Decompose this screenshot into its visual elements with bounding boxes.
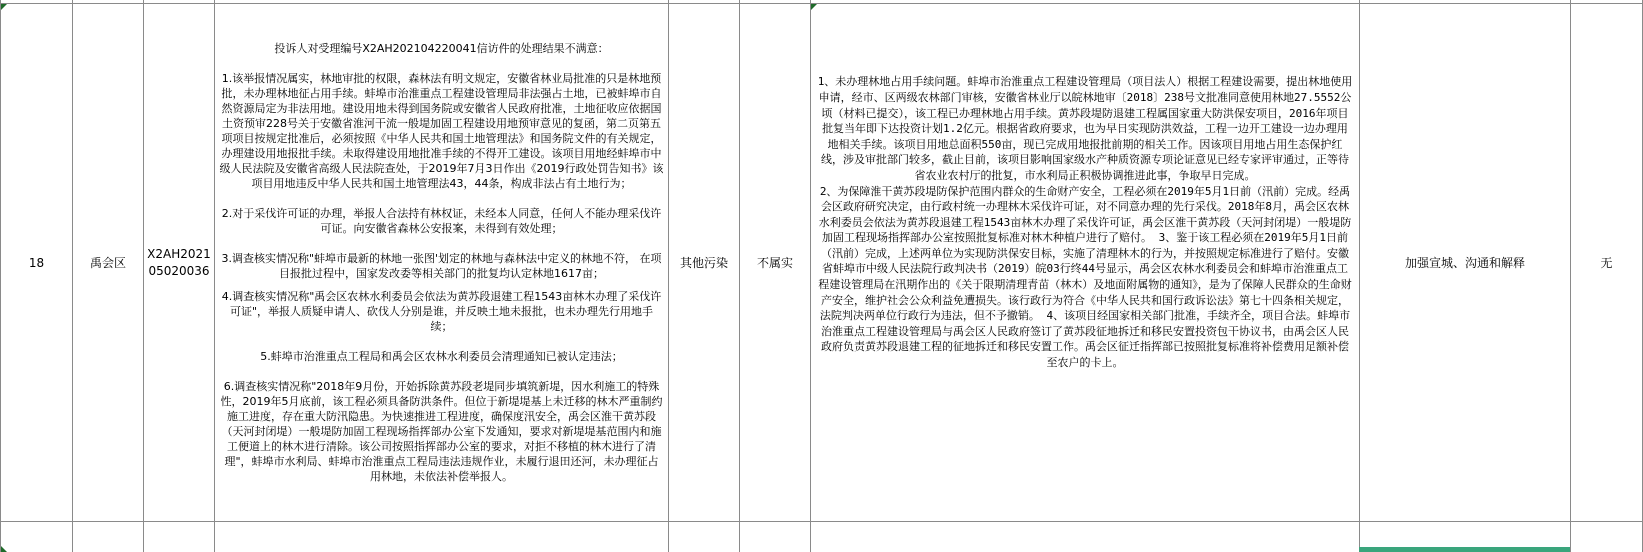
pollution-category: 其他污染 bbox=[680, 254, 728, 271]
complaint-item-4: 4.调查核实情况称"禹会区农林水利委员会依法为黄苏段退建工程1543亩林木办理了… bbox=[219, 289, 664, 334]
investigation-result-text: 1、未办理林地占用手续问题。蚌埠市治淮重点工程建设管理局（项目法人）根据工程建设… bbox=[811, 74, 1359, 370]
district-name: 禹会区 bbox=[90, 254, 126, 271]
complaint-item-6: 6.调查核实情况称"2018年9月份，开始拆除黄苏段老堤同步填筑新堤，因水利施工… bbox=[219, 379, 664, 484]
cell-accountability[interactable]: 无 bbox=[1571, 4, 1642, 521]
case-id: X2AH2021 05020036 bbox=[147, 246, 211, 280]
cell-pollution-category[interactable]: 其他污染 bbox=[669, 4, 739, 521]
complaint-text: 投诉人对受理编号X2AH202104220041信访件的处理结果不满意： 1.该… bbox=[215, 41, 668, 484]
complaint-item-5: 5.蚌埠市治淮重点工程局和禹会区农林水利委员会清理通知已被认定违法； bbox=[219, 349, 664, 364]
complaint-item-2: 2.对于采伐许可证的办理，举报人合法持有林权证，未经本人同意，任何人不能办理采伐… bbox=[219, 206, 664, 236]
selected-cell-border[interactable] bbox=[1359, 547, 1570, 552]
rectification-measure: 加强宣城、沟通和解释 bbox=[1405, 254, 1525, 271]
row-number: 18 bbox=[29, 256, 44, 270]
accountability-status: 无 bbox=[1600, 254, 1612, 271]
cell-index[interactable]: 18 bbox=[1, 4, 72, 521]
complaint-item-1: 1.该举报情况属实，林地审批的权限，森林法有明文规定，安徽省林业局批准的只是林地… bbox=[219, 71, 664, 191]
cell-rectification[interactable]: 加强宣城、沟通和解释 bbox=[1360, 4, 1570, 521]
cell-complaint-content[interactable]: 投诉人对受理编号X2AH202104220041信访件的处理结果不满意： 1.该… bbox=[215, 4, 668, 521]
complaint-item-3: 3.调查核实情况称"蚌埠市最新的林地一张图'划定的林地与森林法中定义的林地不符，… bbox=[219, 251, 664, 281]
cell-verdict[interactable]: 不属实 bbox=[740, 4, 810, 521]
cell-case-id[interactable]: X2AH2021 05020036 bbox=[144, 4, 214, 521]
case-id-line-2: 05020036 bbox=[147, 263, 211, 280]
verdict-status: 不属实 bbox=[757, 254, 793, 271]
cell-district[interactable]: 禹会区 bbox=[73, 4, 143, 521]
complaint-title: 投诉人对受理编号X2AH202104220041信访件的处理结果不满意： bbox=[219, 41, 664, 56]
case-id-line-1: X2AH2021 bbox=[147, 246, 211, 263]
cell-investigation-result[interactable]: 1、未办理林地占用手续问题。蚌埠市治淮重点工程建设管理局（项目法人）根据工程建设… bbox=[811, 4, 1359, 521]
spreadsheet-grid: 18 禹会区 X2AH2021 05020036 投诉人对受理编号X2AH202… bbox=[0, 0, 1643, 552]
